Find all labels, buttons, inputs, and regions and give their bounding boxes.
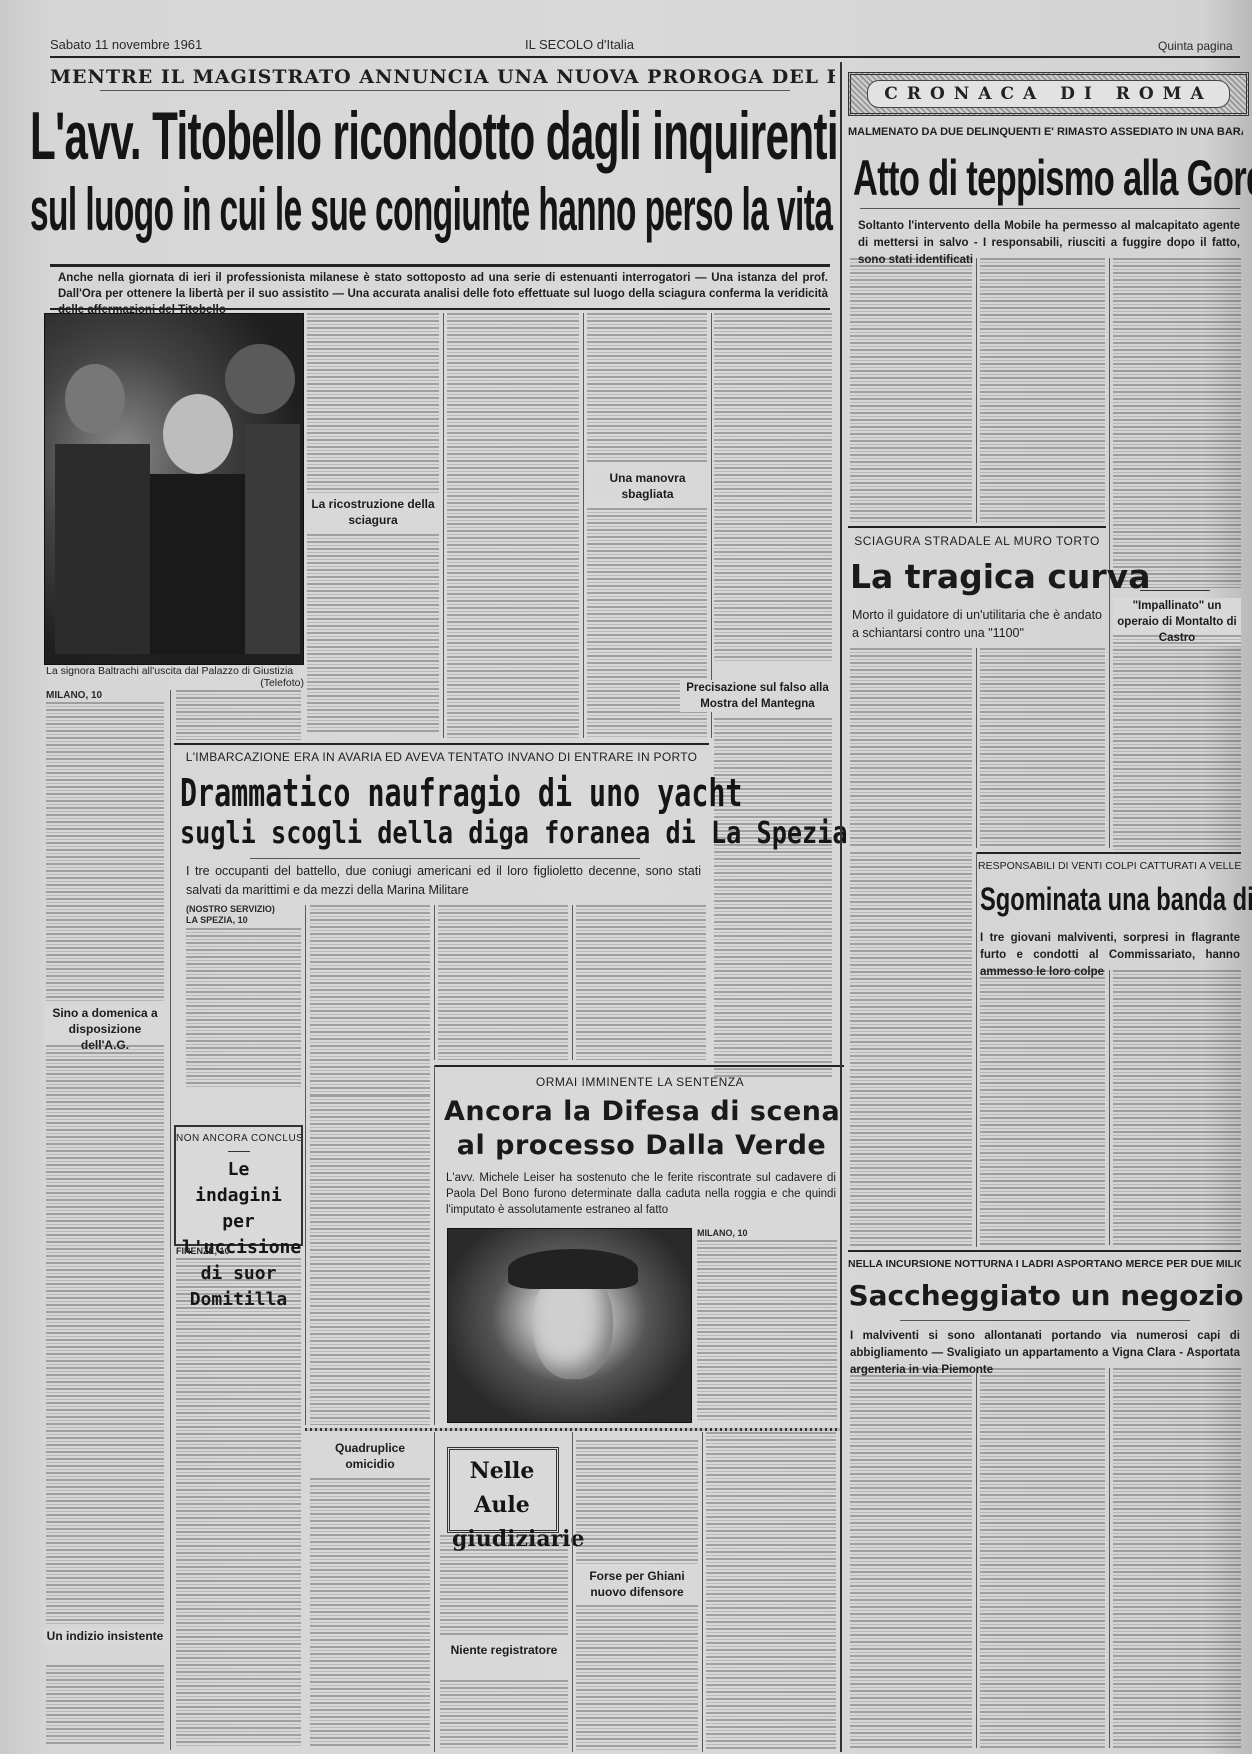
- column-rule: [443, 313, 444, 738]
- dallaverde-dateline: MILANO, 10: [697, 1228, 748, 1238]
- column-rule: [1109, 258, 1110, 848]
- aule-top-rule: [305, 1428, 840, 1431]
- yacht-body-col2: [310, 905, 430, 1095]
- lead-body-col2b: [307, 534, 439, 734]
- newspaper-page: Sabato 11 novembre 1961 IL SECOLO d'Ital…: [0, 0, 1252, 1754]
- murotorto-kicker: SCIAGURA STRADALE AL MURO TORTO: [848, 534, 1106, 548]
- dallaverde-deck: L'avv. Michele Leiser ha sostenuto che l…: [446, 1170, 836, 1218]
- column-rule: [711, 313, 712, 738]
- column-rule: [572, 1432, 573, 1752]
- newspaper-name: IL SECOLO d'Italia: [525, 37, 634, 52]
- lead-body-col4a: [587, 313, 707, 463]
- yacht-body-col3: [438, 905, 568, 1060]
- dallaverde-kicker: ORMAI IMMINENTE LA SENTENZA: [436, 1075, 844, 1089]
- velletri-headline: Sgominata una banda di minori: [980, 878, 1252, 920]
- lead-headline-rule: [50, 264, 830, 267]
- column-rule: [305, 905, 306, 1095]
- column-rule: [702, 1432, 703, 1752]
- aule-body-col3a: [576, 1440, 698, 1565]
- dallaverde-body-col: [697, 1240, 837, 1420]
- negozio-body-col3: [1113, 1368, 1241, 1748]
- portrait-hair: [508, 1249, 638, 1289]
- velletri-kicker: RESPONSABILI DI VENTI COLPI CATTURATI A …: [978, 860, 1242, 872]
- photo-caption: La signora Baltrachi all'uscita dal Pala…: [46, 665, 304, 689]
- photo-figure-body: [55, 444, 150, 654]
- murotorto-body-col1b: [850, 852, 972, 1247]
- gordiani-kicker: MALMENATO DA DUE DELINQUENTI E' RIMASTO …: [848, 126, 1243, 138]
- velletri-top-rule: [976, 852, 1241, 854]
- column-rule: [572, 905, 573, 1060]
- column-rule: [170, 690, 171, 1750]
- photo-figure-head: [163, 394, 233, 474]
- yacht-headline-underline: [250, 858, 640, 859]
- section-divider: [840, 62, 842, 1752]
- aule-body-col2b: [440, 1680, 568, 1748]
- column-rule: [976, 648, 977, 848]
- lead-body-col1c: [46, 1665, 164, 1745]
- dallaverde-headline: Ancora la Difesa di scena al processo Da…: [444, 1095, 839, 1163]
- negozio-top-rule: [848, 1250, 1241, 1252]
- lead-body-col3: [447, 313, 579, 738]
- yacht-body-col2b: [310, 1095, 430, 1425]
- subhead-manovra: Una manovra sbagliata: [590, 470, 705, 502]
- column-rule: [976, 1368, 977, 1748]
- murotorto-body-col2: [980, 648, 1105, 848]
- photo-figure-body: [150, 474, 245, 654]
- subhead-ricostruzione: La ricostruzione della sciagura: [310, 496, 436, 528]
- column-rule: [976, 258, 977, 523]
- lead-body-col1a: [46, 702, 164, 1002]
- velletri-body-col1: [980, 970, 1105, 1245]
- lead-body-col1b: [46, 1045, 164, 1625]
- yacht-kicker: L'IMBARCAZIONE ERA IN AVARIA ED AVEVA TE…: [174, 750, 709, 764]
- yacht-body-col1: [186, 928, 301, 1088]
- subhead-indizio: Un indizio insistente: [44, 1628, 166, 1644]
- gordiani-underline: [860, 208, 1240, 209]
- aule-body-col3b: [576, 1605, 698, 1750]
- aule-body-col2a: [440, 1535, 568, 1635]
- negozio-body-col2: [980, 1368, 1105, 1748]
- gordiani-body-col2: [980, 258, 1105, 523]
- column-rule: [583, 313, 584, 738]
- issue-date: Sabato 11 novembre 1961: [50, 37, 202, 52]
- domitilla-body: [176, 1258, 301, 1748]
- murotorto-headline: La tragica curva: [850, 555, 1108, 599]
- domitilla-dateline: FIRENZE, 10: [176, 1246, 230, 1256]
- negozio-body-col1: [850, 1368, 972, 1748]
- gordiani-body-col1: [850, 258, 972, 523]
- column-rule: [305, 1095, 306, 1425]
- gordiani-headline: Atto di teppismo alla Gordiani: [853, 148, 1252, 208]
- photo-credit: (Telefoto): [46, 677, 304, 689]
- dallaverde-top-rule: [434, 1065, 844, 1067]
- leiser-portrait-photo: [447, 1228, 692, 1423]
- negozio-underline: [900, 1320, 1190, 1321]
- masthead-rule: [50, 56, 1240, 58]
- subhead-quadruplice: Quadruplice omicidio: [310, 1440, 430, 1472]
- lead-photo: [44, 313, 304, 665]
- cronaca-roma-banner: CRONACA DI ROMA: [848, 72, 1249, 116]
- dallaverde-headline-line1: Ancora la Difesa di scena: [444, 1095, 839, 1129]
- lead-deck: Anche nella giornata di ieri il professi…: [58, 270, 828, 318]
- yacht-body-col4: [576, 905, 706, 1060]
- velletri-body-col2: [1113, 970, 1241, 1245]
- domitilla-kicker: NON ANCORA CONCLUSE: [176, 1133, 301, 1144]
- column-rule: [1109, 1368, 1110, 1748]
- column-rule: [1109, 970, 1110, 1245]
- mantegna-headline: Precisazione sul falso alla Mostra del M…: [680, 680, 835, 712]
- lead-body-col2a: [307, 313, 439, 493]
- column-rule: [976, 852, 977, 1247]
- photo-figure-head: [65, 364, 125, 434]
- subhead-niente-registratore: Niente registratore: [440, 1642, 568, 1658]
- murotorto-top-rule: [848, 526, 1106, 528]
- domitilla-ornament: [228, 1151, 250, 1152]
- lead-deck-rule: [50, 308, 830, 310]
- cronaca-roma-title: CRONACA DI ROMA: [867, 80, 1230, 108]
- column-rule: [434, 905, 435, 1060]
- page-number: Quinta pagina: [1158, 39, 1233, 53]
- photo-figure-head: [225, 344, 295, 414]
- subhead-ghiani: Forse per Ghiani nuovo difensore: [576, 1568, 698, 1600]
- domitilla-box: NON ANCORA CONCLUSE Le indagini per l'uc…: [174, 1125, 303, 1246]
- yacht-dateline: LA SPEZIA, 10: [186, 915, 248, 925]
- murotorto-body-col1: [850, 648, 972, 848]
- yacht-headline-line2: sugli scogli della diga foranea di La Sp…: [180, 814, 848, 854]
- yacht-deck: I tre occupanti del battello, due coniug…: [186, 862, 701, 900]
- dallaverde-headline-line2: al processo Dalla Verde: [444, 1129, 839, 1163]
- negozio-headline: Saccheggiato un negozio: [840, 1276, 1252, 1316]
- lead-headline-line2: sul luogo in cui le sue congiunte hanno …: [30, 175, 832, 245]
- column-rule: [434, 1432, 435, 1752]
- montalto-rule: [1140, 590, 1210, 591]
- yacht-top-rule: [174, 743, 709, 745]
- lead-body-col5: [714, 313, 832, 663]
- yacht-byline: (NOSTRO SERVIZIO): [186, 904, 275, 914]
- lead-body-col2c: [176, 690, 301, 740]
- murotorto-deck: Morto il guidatore di un'utilitaria che …: [852, 606, 1102, 642]
- lead-headline-line1: L'avv. Titobello ricondotto dagli inquir…: [30, 96, 838, 176]
- negozio-kicker: NELLA INCURSIONE NOTTURNA I LADRI ASPORT…: [848, 1258, 1241, 1270]
- gordiani-body-col3: [1113, 258, 1241, 588]
- kicker-underline: [100, 90, 790, 91]
- photo-caption-text: La signora Baltrachi all'uscita dal Pala…: [46, 665, 293, 677]
- montalto-body: [1113, 635, 1241, 850]
- dallaverde-body-col2: [706, 1432, 836, 1750]
- yacht-headline-line1: Drammatico naufragio di uno yacht: [180, 770, 742, 816]
- lead-kicker: MENTRE IL MAGISTRATO ANNUNCIA UNA NUOVA …: [50, 66, 835, 88]
- lead-dateline: MILANO, 10: [46, 690, 102, 701]
- aule-title-box: Nelle Aule giudiziarie: [447, 1447, 559, 1533]
- quadruplice-body: [310, 1478, 430, 1748]
- column-rule: [434, 1065, 435, 1425]
- photo-figure-body: [245, 424, 300, 654]
